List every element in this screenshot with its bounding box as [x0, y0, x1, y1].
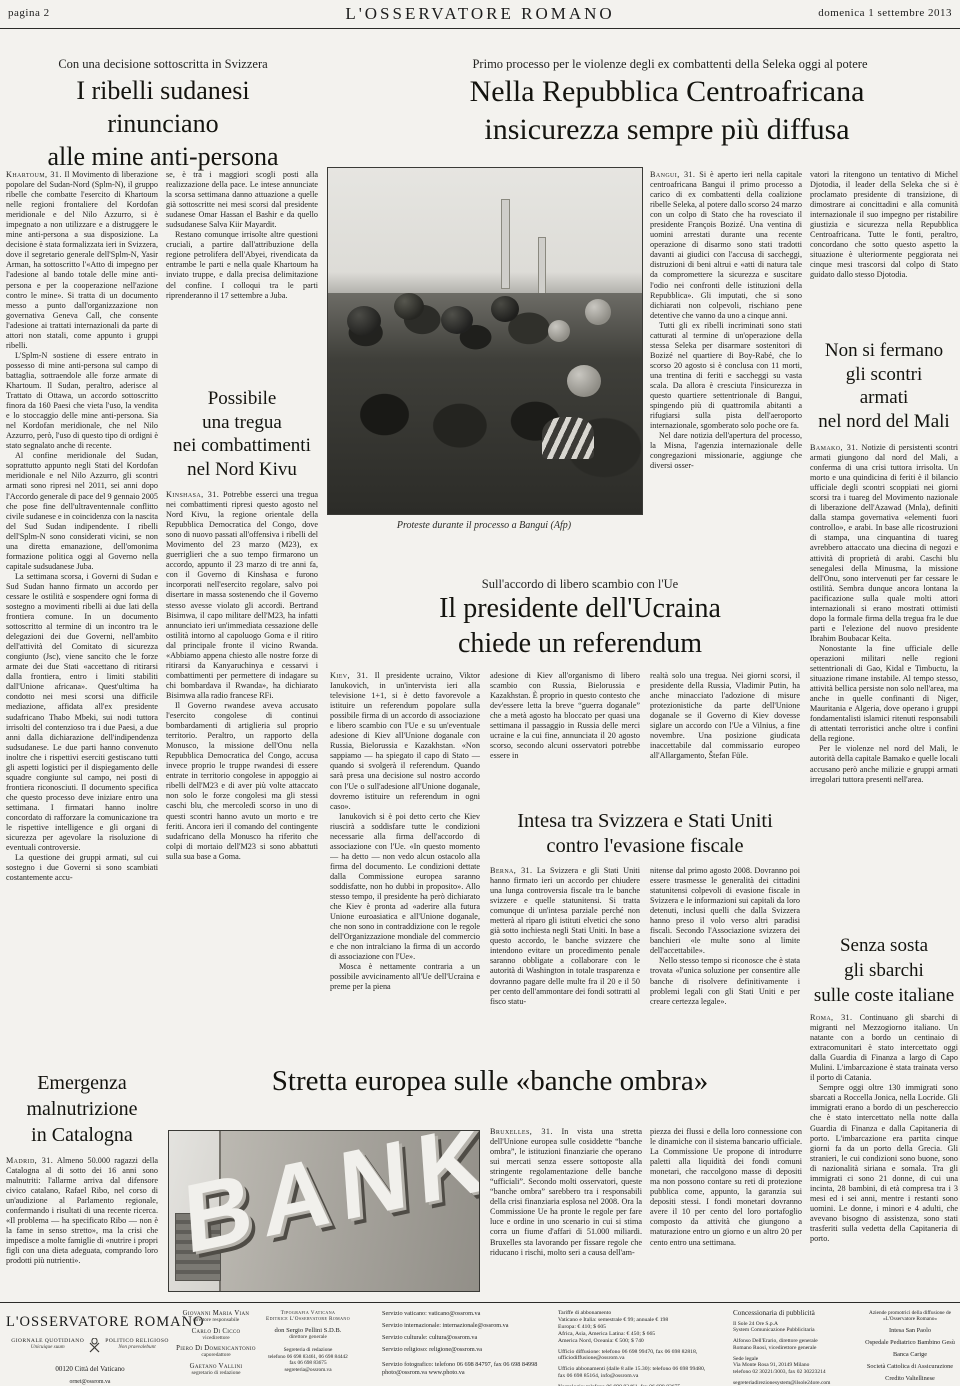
- svizzera-usa-col2: nitense dal primo agosto 2008. Dovranno …: [650, 866, 800, 1044]
- staff-name: Carlo Di Cicco: [170, 1328, 262, 1335]
- sudan-article-headline: I ribelli sudanesirinuncianoalle mine an…: [6, 74, 320, 173]
- staff-entry: Gaetano Vallini segretario di redazione: [170, 1363, 262, 1376]
- staff-entry: Giovanni Maria Vian direttore responsabi…: [170, 1310, 262, 1323]
- footer-tariffe-block: Tariffe di abbonamentoVaticano e Italia:…: [558, 1310, 746, 1386]
- header-rule: [0, 28, 960, 29]
- footer-masthead-block: L'OSSERVATORE ROMANO GIORNALE QUOTIDIANO…: [6, 1310, 174, 1386]
- photo-tower: [501, 199, 510, 289]
- footer-email: ornet@ossrom.va: [6, 1379, 174, 1385]
- footer-masthead: L'OSSERVATORE ROMANO: [6, 1314, 174, 1331]
- ucraina-col3: realtà solo una tregua. Nei giorni scors…: [650, 671, 800, 793]
- nord-kivu-headline: Possibileuna treguanei combattimentinel …: [166, 387, 318, 481]
- footer-servizi-block: Servizio vaticano: vaticano@ossrom.vaSer…: [382, 1310, 554, 1380]
- staff-role: vicedirettore: [170, 1335, 262, 1341]
- tagline-right-motto: Non praevalebunt: [105, 1344, 169, 1350]
- staff-name: Piero Di Domenicantonio: [170, 1345, 262, 1352]
- tipografia-director-role: direttore generale: [260, 1334, 356, 1340]
- catalogna-body: Madrid, 31. Almeno 50.000 ragazzi della …: [6, 1156, 158, 1292]
- sbarchi-body: Roma, 31. Continuano gli sbarchi di migr…: [810, 1013, 958, 1291]
- banche-ombra-col1: Bruxelles, 31. In vista una stretta dell…: [490, 1127, 642, 1291]
- footer-tipografia-block: Tipografia Vaticana Editrice L'Osservato…: [260, 1310, 356, 1373]
- staff-role: segretario di redazione: [170, 1370, 262, 1376]
- photo-helmet: [394, 293, 424, 320]
- photo-head: [548, 320, 570, 342]
- staff-name: Giovanni Maria Vian: [170, 1310, 262, 1317]
- staff-role: direttore responsabile: [170, 1317, 262, 1323]
- aziende-header: Aziende promotrici della diffusione de«L…: [862, 1310, 958, 1323]
- footer-tagline-right: POLITICO RELIGIOSO Non praevalebunt: [105, 1338, 169, 1350]
- aziende-list: Intesa San PaoloOspedale Pediatrico Bamb…: [862, 1327, 958, 1382]
- banche-ombra-headline: Stretta europea sulle «banche ombra»: [220, 1064, 760, 1098]
- staff-entry: Piero Di Domenicantonio caporedattore: [170, 1345, 262, 1358]
- ucraina-col1: Kiev, 31. Il presidente ucraino, Viktor …: [330, 671, 480, 1043]
- centrafrica-col1: Bangui, 31. Si è aperto ieri nella capit…: [650, 170, 802, 513]
- vatican-crossed-keys-emblem-icon: [89, 1338, 100, 1358]
- sbarchi-headline: Senza sostagli sbarchisulle coste italia…: [810, 933, 958, 1008]
- bangui-protest-photo: [327, 167, 643, 515]
- footer-rule: [0, 1302, 960, 1303]
- nord-kivu-body: Kinshasa, 31. Potrebbe esserci una tregu…: [166, 490, 318, 1044]
- staff-name: Gaetano Vallini: [170, 1363, 262, 1370]
- mali-body: Bamako, 31. Notizie di persistenti scont…: [810, 443, 958, 933]
- ucraina-kicker: Sull'accordo di libero scambio con l'Ue: [400, 577, 760, 592]
- banche-ombra-col2: piezza dei flussi e della loro connessio…: [650, 1127, 802, 1291]
- footer-tagline-left: GIORNALE QUOTIDIANO Unicuique suum: [11, 1338, 84, 1350]
- catalogna-headline: Emergenzamalnutrizionein Catalogna: [6, 1070, 158, 1148]
- tipografia-director: don Sergio Pellini S.D.B.: [260, 1327, 356, 1334]
- ucraina-col2: adesione di Kiev all'organismo di libero…: [490, 671, 640, 793]
- newspaper-page: pagina 2 L'OSSERVATORE ROMANO domenica 1…: [0, 0, 960, 1386]
- bank-sign-photo: BANK: [168, 1130, 480, 1292]
- issue-date: domenica 1 settembre 2013: [818, 7, 952, 19]
- centrafrica-headline: Nella Repubblica Centroafricanainsicurez…: [378, 73, 956, 149]
- staff-entry: Carlo Di Cicco vicedirettore: [170, 1328, 262, 1341]
- footer-pubblicita-block: Concessionaria di pubblicitàIl Sole 24 O…: [733, 1310, 865, 1386]
- tagline-left-motto: Unicuique suum: [11, 1344, 84, 1350]
- footer-aziende-block: Aziende promotrici della diffusione de«L…: [862, 1310, 958, 1382]
- staff-role: caporedattore: [170, 1352, 262, 1358]
- photo-caption: Proteste durante il processo a Bangui (A…: [327, 520, 641, 531]
- photo-tower: [538, 237, 546, 299]
- sudan-article-col1: Khartoum, 31. Il Movimento di liberazion…: [6, 170, 158, 1048]
- sudan-article-kicker: Con una decisione sottoscritta in Svizze…: [6, 57, 320, 72]
- masthead-header: L'OSSERVATORE ROMANO: [0, 4, 960, 24]
- photo-striped-shirt: [542, 417, 594, 459]
- mali-headline: Non si fermanogli scontriarmatinel nord …: [810, 339, 958, 433]
- sudan-article-col2: se, è tra i maggiori scogli posti alla r…: [166, 170, 318, 358]
- centrafrica-kicker: Primo processo per le violenze degli ex …: [390, 57, 950, 72]
- footer-staff-block: Giovanni Maria Vian direttore responsabi…: [170, 1310, 262, 1380]
- svizzera-usa-headline: Intesa tra Svizzera e Stati Uniticontro …: [485, 809, 805, 859]
- tipografia-line2: Editrice L'Osservatore Romano: [260, 1316, 356, 1322]
- footer-address: 00120 Città del Vaticano: [6, 1365, 174, 1373]
- photo-head: [567, 365, 601, 397]
- ucraina-headline: Il presidente dell'Ucrainachiede un refe…: [350, 591, 810, 661]
- svizzera-usa-col1: Berna, 31. La Svizzera e gli Stati Uniti…: [490, 866, 640, 1044]
- tipografia-segreteria: Segreteria di redazionetelefono 06 698 8…: [260, 1347, 356, 1373]
- centrafrica-col2: vatori la ritengono un tentativo di Mich…: [810, 170, 958, 310]
